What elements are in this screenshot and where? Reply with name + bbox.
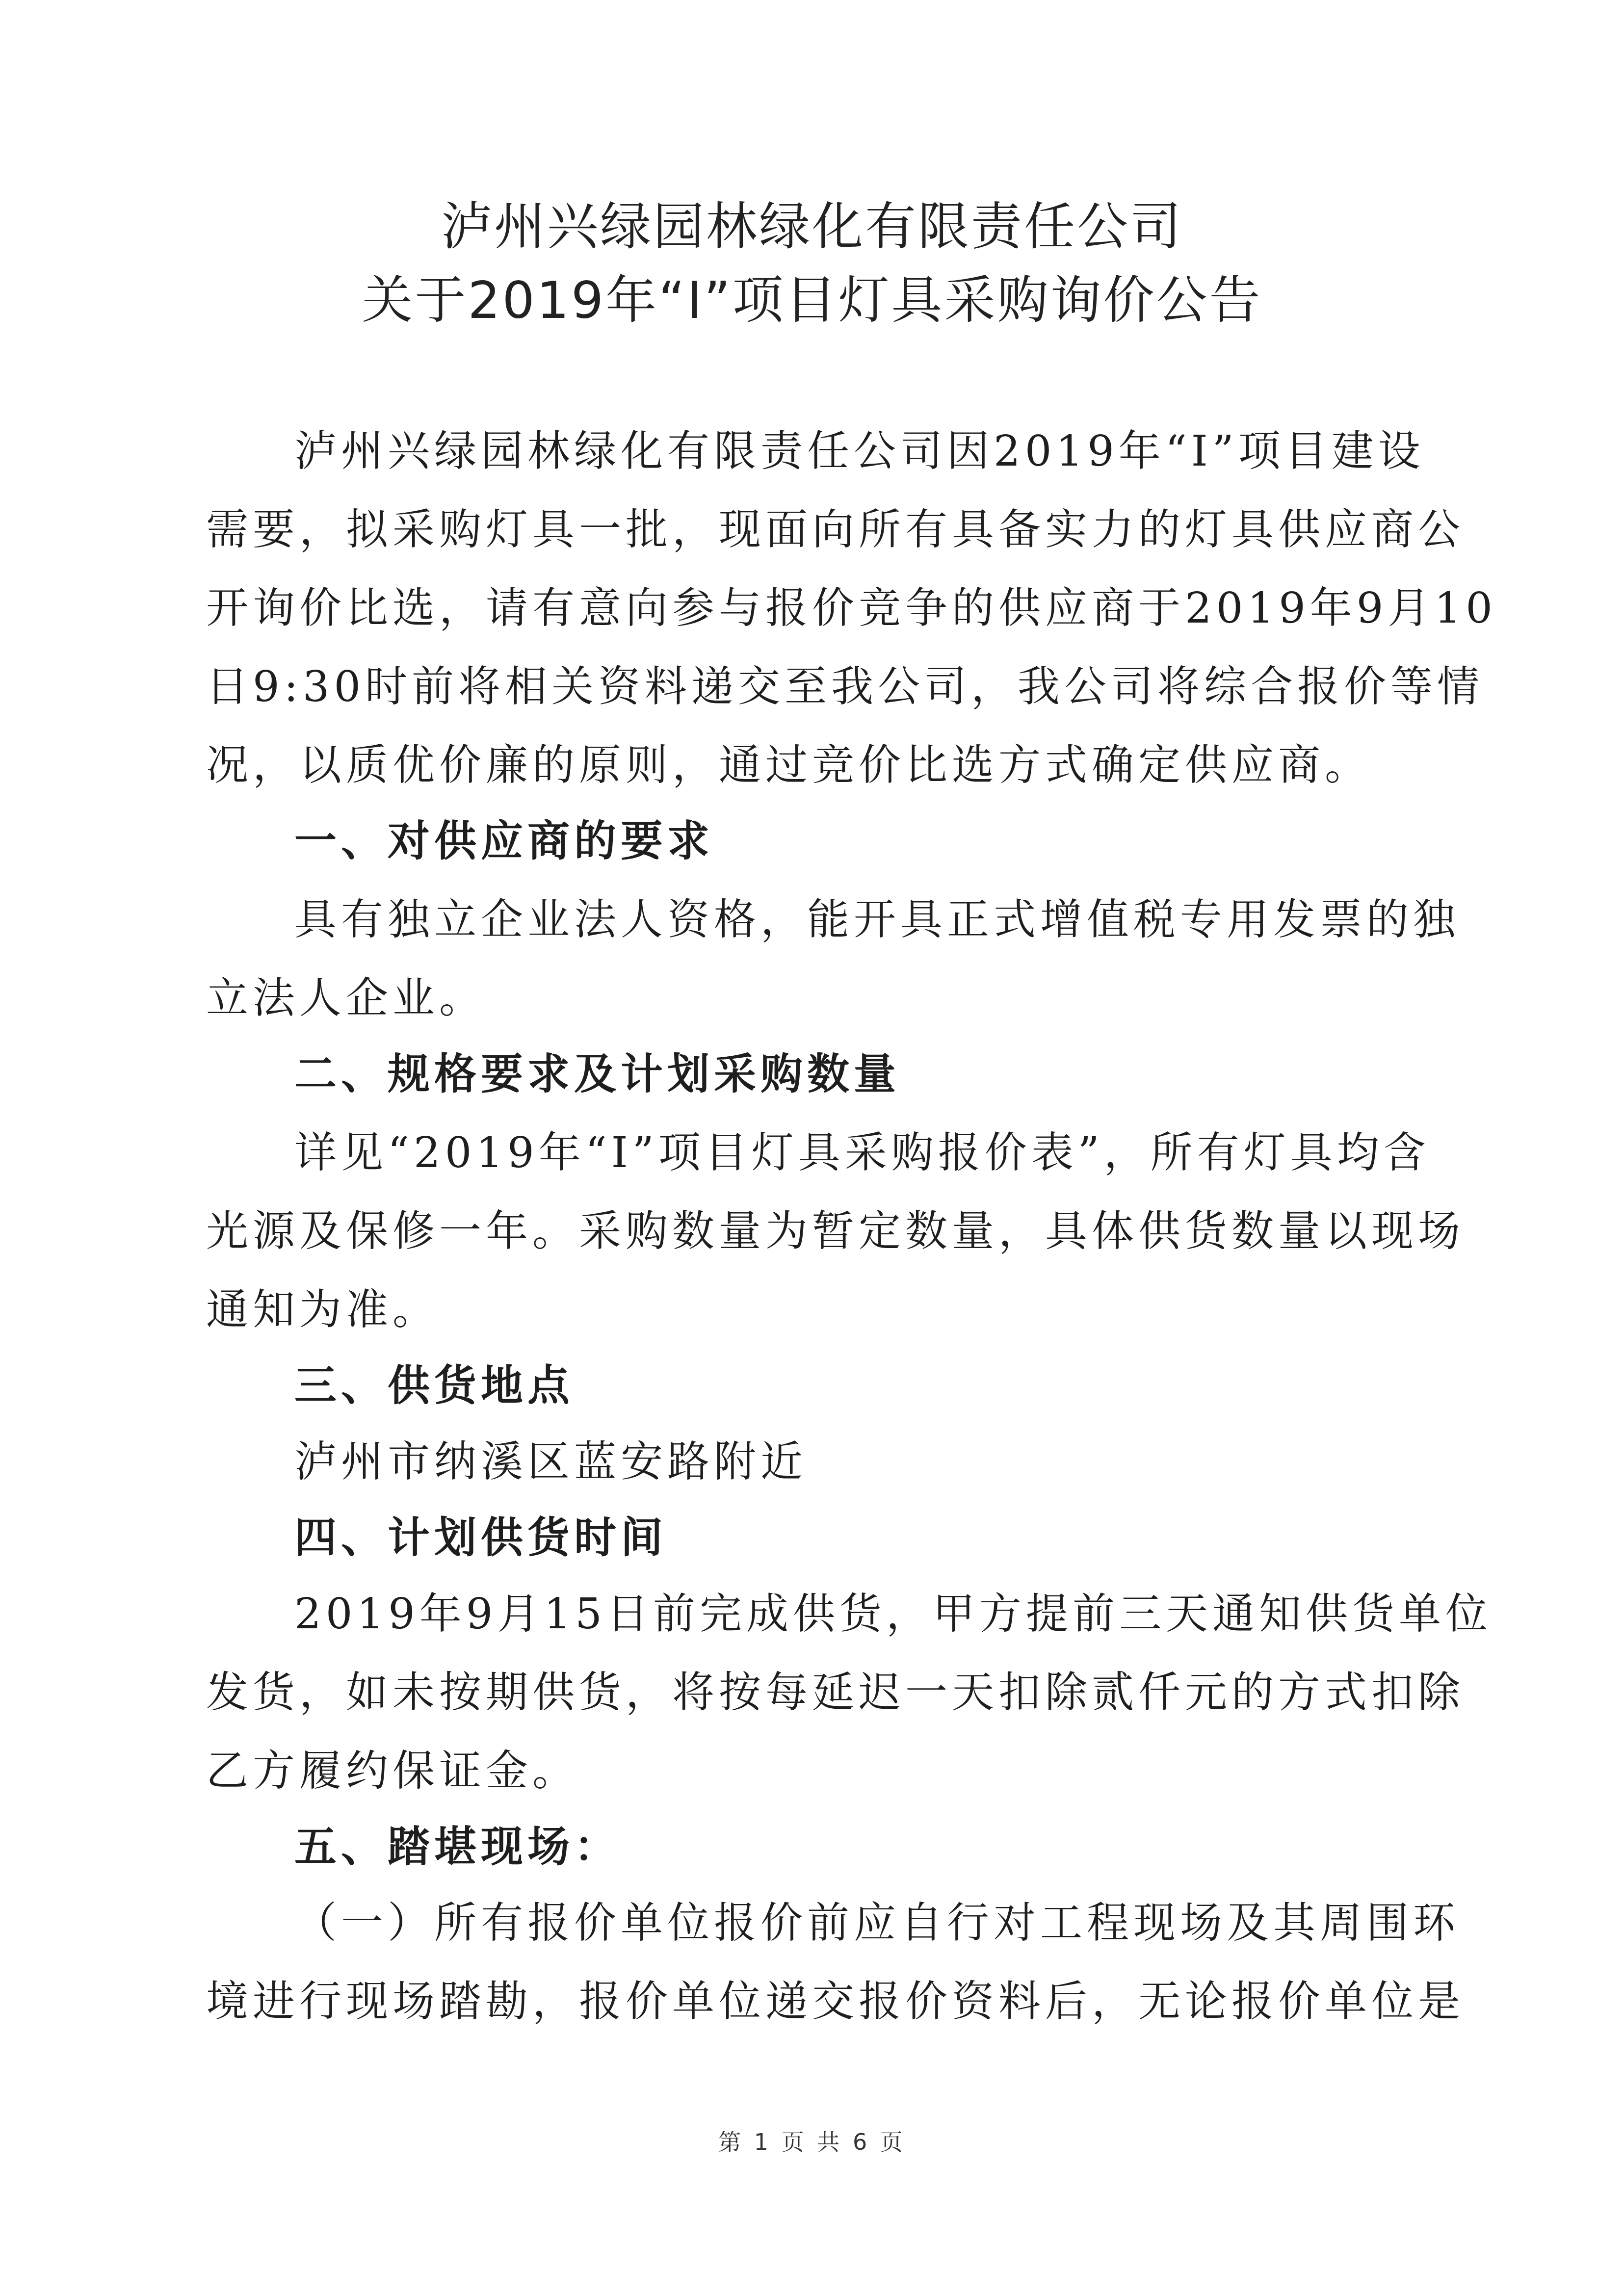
- section-heading: 一、对供应商的要求: [294, 817, 1531, 866]
- paragraph-line: 需要，拟采购灯具一批，现面向所有具备实力的灯具供应商公: [206, 505, 1442, 554]
- paragraph-line: 日9:30时前将相关资料递交至我公司，我公司将综合报价等情: [206, 662, 1442, 711]
- paragraph-line: 具有独立企业法人资格，能开具正式增值税专用发票的独: [294, 895, 1531, 944]
- paragraph-line: （一）所有报价单位报价前应自行对工程现场及其周围环: [294, 1899, 1531, 1948]
- paragraph-line: 立法人企业。: [206, 974, 1442, 1023]
- paragraph-line: 2019年9月15日前完成供货，甲方提前三天通知供货单位: [294, 1590, 1531, 1639]
- document-title-line-1: 泸州兴绿园林绿化有限责任公司: [0, 185, 1624, 259]
- paragraph-line: 乙方履约保证金。: [206, 1747, 1442, 1796]
- section-heading: 五、踏堪现场：: [294, 1823, 1531, 1872]
- paragraph-line: 境进行现场踏勘，报价单位递交报价资料后，无论报价单位是: [206, 1977, 1442, 2026]
- paragraph-line: 光源及保修一年。采购数量为暂定数量，具体供货数量以现场: [206, 1207, 1442, 1256]
- section-heading: 四、计划供货时间: [294, 1513, 1531, 1563]
- paragraph-line: 详见“2019年“I”项目灯具采购报价表”，所有灯具均含: [294, 1128, 1531, 1177]
- paragraph-line: 泸州兴绿园林绿化有限责任公司因2019年“I”项目建设: [294, 427, 1531, 476]
- paragraph-line: 泸州市纳溪区蓝安路附近: [294, 1437, 1531, 1487]
- section-heading: 三、供货地点: [294, 1361, 1531, 1410]
- section-heading: 二、规格要求及计划采购数量: [294, 1050, 1531, 1099]
- document-title-line-2: 关于2019年“I”项目灯具采购询价公告: [0, 259, 1624, 333]
- paragraph-line: 发货，如未按期供货，将按每延迟一天扣除贰仟元的方式扣除: [206, 1668, 1442, 1717]
- paragraph-line: 通知为准。: [206, 1285, 1442, 1334]
- paragraph-line: 开询价比选，请有意向参与报价竞争的供应商于2019年9月10: [206, 584, 1442, 633]
- paragraph-line: 况，以质优价廉的原则，通过竞价比选方式确定供应商。: [206, 741, 1442, 790]
- page-number-footer: 第 1 页 共 6 页: [0, 2124, 1624, 2157]
